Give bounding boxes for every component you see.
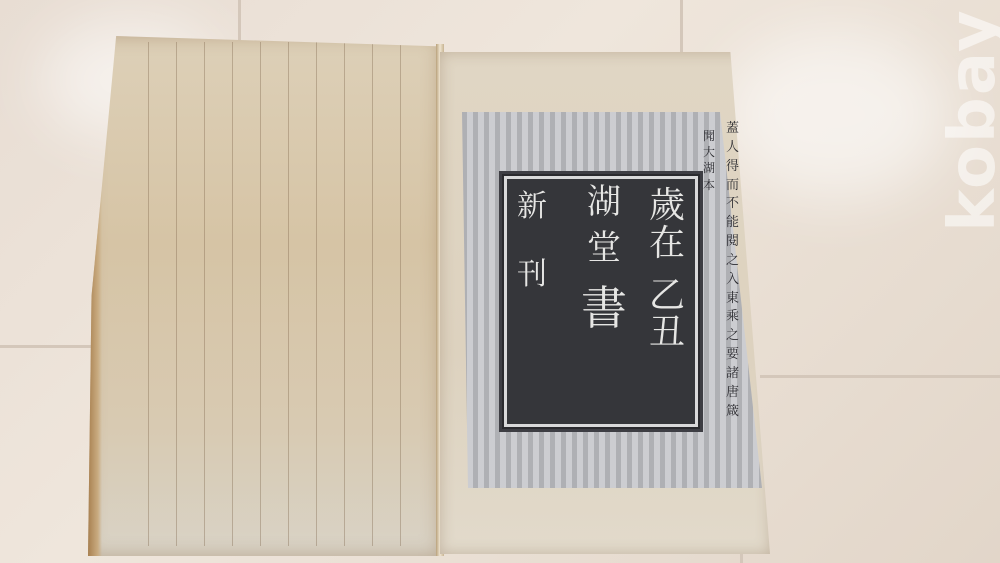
column-rule — [288, 42, 289, 546]
watermark: kobay — [928, 0, 1000, 240]
side-char: 之 — [726, 327, 739, 346]
title-column-2: 湖 堂 書 — [581, 185, 627, 333]
side-char: 要 — [726, 346, 739, 365]
column-rule — [372, 42, 373, 546]
side-char: 箴 — [726, 403, 739, 422]
title-char: 刊 — [517, 259, 547, 291]
side-text-column: 蓋 人 得 而 不 能 閱 之 入 東 乘 之 要 諸 唐 箴 — [726, 120, 739, 422]
side-char: 人 — [726, 139, 739, 158]
column-rule — [316, 42, 317, 546]
page-edge — [88, 36, 102, 556]
side-char: 入 — [726, 271, 739, 290]
side-char: 本 — [703, 177, 715, 193]
side-char: 東 — [726, 290, 739, 309]
side-char: 湖 — [703, 160, 715, 176]
title-block: 歲 在 乙 丑 湖 堂 書 新 刊 — [504, 176, 698, 427]
side-char: 乘 — [726, 308, 739, 327]
column-rule — [148, 42, 149, 546]
title-char: 湖 — [587, 185, 621, 221]
column-rule — [176, 42, 177, 546]
title-char: 乙 — [649, 277, 685, 315]
side-char: 閱 — [726, 233, 739, 252]
column-rule — [344, 42, 345, 546]
title-char: 新 — [517, 191, 547, 223]
side-char: 不 — [726, 195, 739, 214]
title-char: 在 — [649, 225, 685, 263]
side-char: 聞 — [703, 128, 715, 144]
column-rule — [204, 42, 205, 546]
title-column-1: 歲 在 乙 丑 — [649, 187, 685, 352]
side-char: 而 — [726, 177, 739, 196]
watermark-text: kobay — [936, 8, 1000, 232]
side-char: 諸 — [726, 365, 739, 384]
title-char: 歲 — [649, 187, 685, 225]
side-char: 得 — [726, 158, 739, 177]
side-text-column: 聞 大 湖 本 — [703, 128, 715, 193]
column-rule — [232, 42, 233, 546]
title-char: 堂 — [587, 231, 621, 267]
left-page — [88, 36, 440, 556]
title-char: 丑 — [649, 314, 685, 352]
side-char: 唐 — [726, 384, 739, 403]
side-char: 蓋 — [726, 120, 739, 139]
title-char: 書 — [581, 284, 627, 332]
side-char: 能 — [726, 214, 739, 233]
side-char: 之 — [726, 252, 739, 271]
side-char: 大 — [703, 144, 715, 160]
title-column-3: 新 刊 — [517, 191, 547, 290]
column-rule — [260, 42, 261, 546]
old-book: 歲 在 乙 丑 湖 堂 書 新 刊 聞 大 湖 本 蓋 人 得 — [0, 0, 1000, 563]
column-rule — [400, 42, 401, 546]
